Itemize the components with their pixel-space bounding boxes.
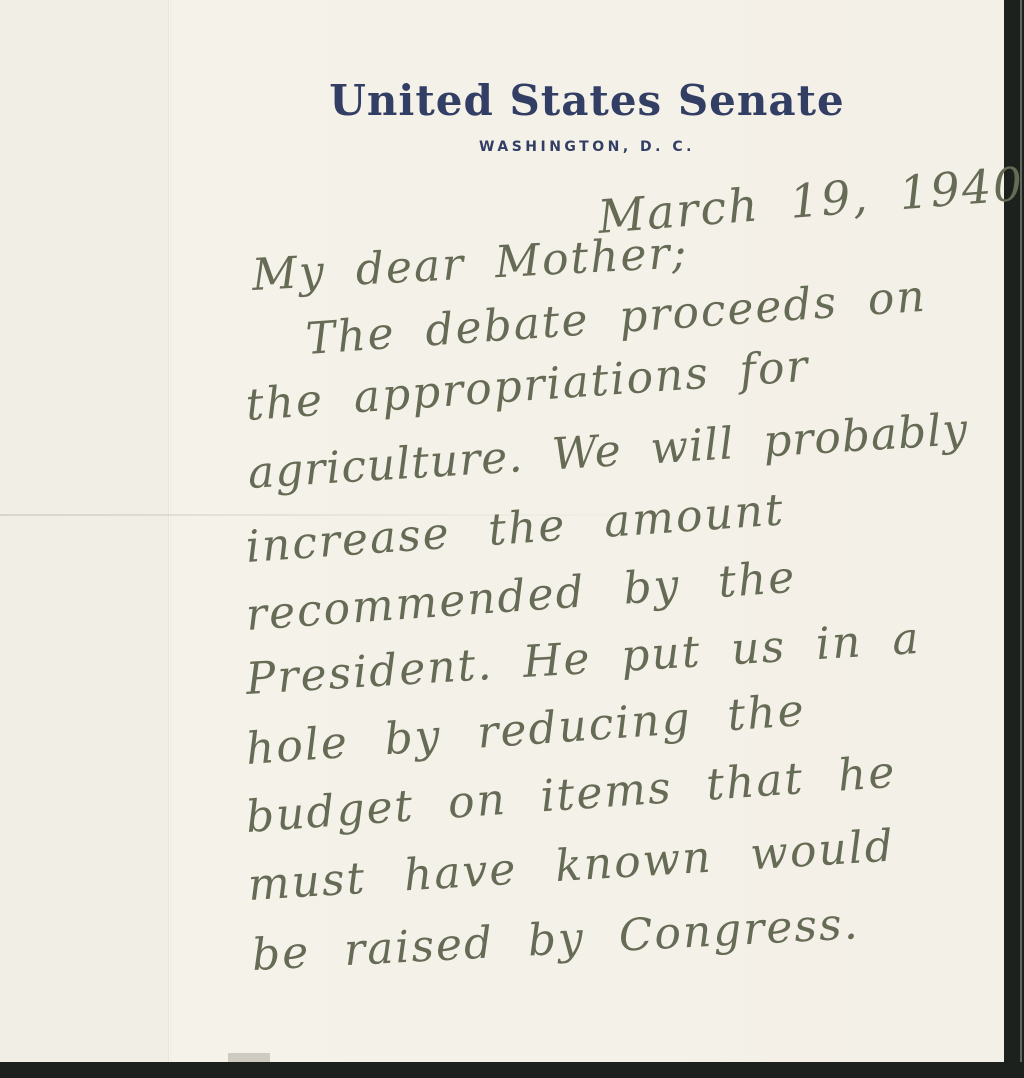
- letterhead-subtitle: WASHINGTON, D. C.: [170, 139, 1004, 155]
- letter-salutation: My dear Mother;: [251, 227, 690, 301]
- scan-edge-highlight: [1020, 0, 1022, 1062]
- letterhead: United States Senate WASHINGTON, D. C.: [170, 0, 1004, 155]
- fold-crease-vertical: [168, 0, 171, 1062]
- paper-edge-shadow: [228, 1053, 270, 1062]
- letter-body-line: be raised by Congress.: [251, 898, 861, 981]
- scan-background: United States Senate WASHINGTON, D. C. M…: [0, 0, 1024, 1078]
- letter-page: United States Senate WASHINGTON, D. C. M…: [0, 0, 1004, 1062]
- letterhead-title: United States Senate: [170, 76, 1004, 125]
